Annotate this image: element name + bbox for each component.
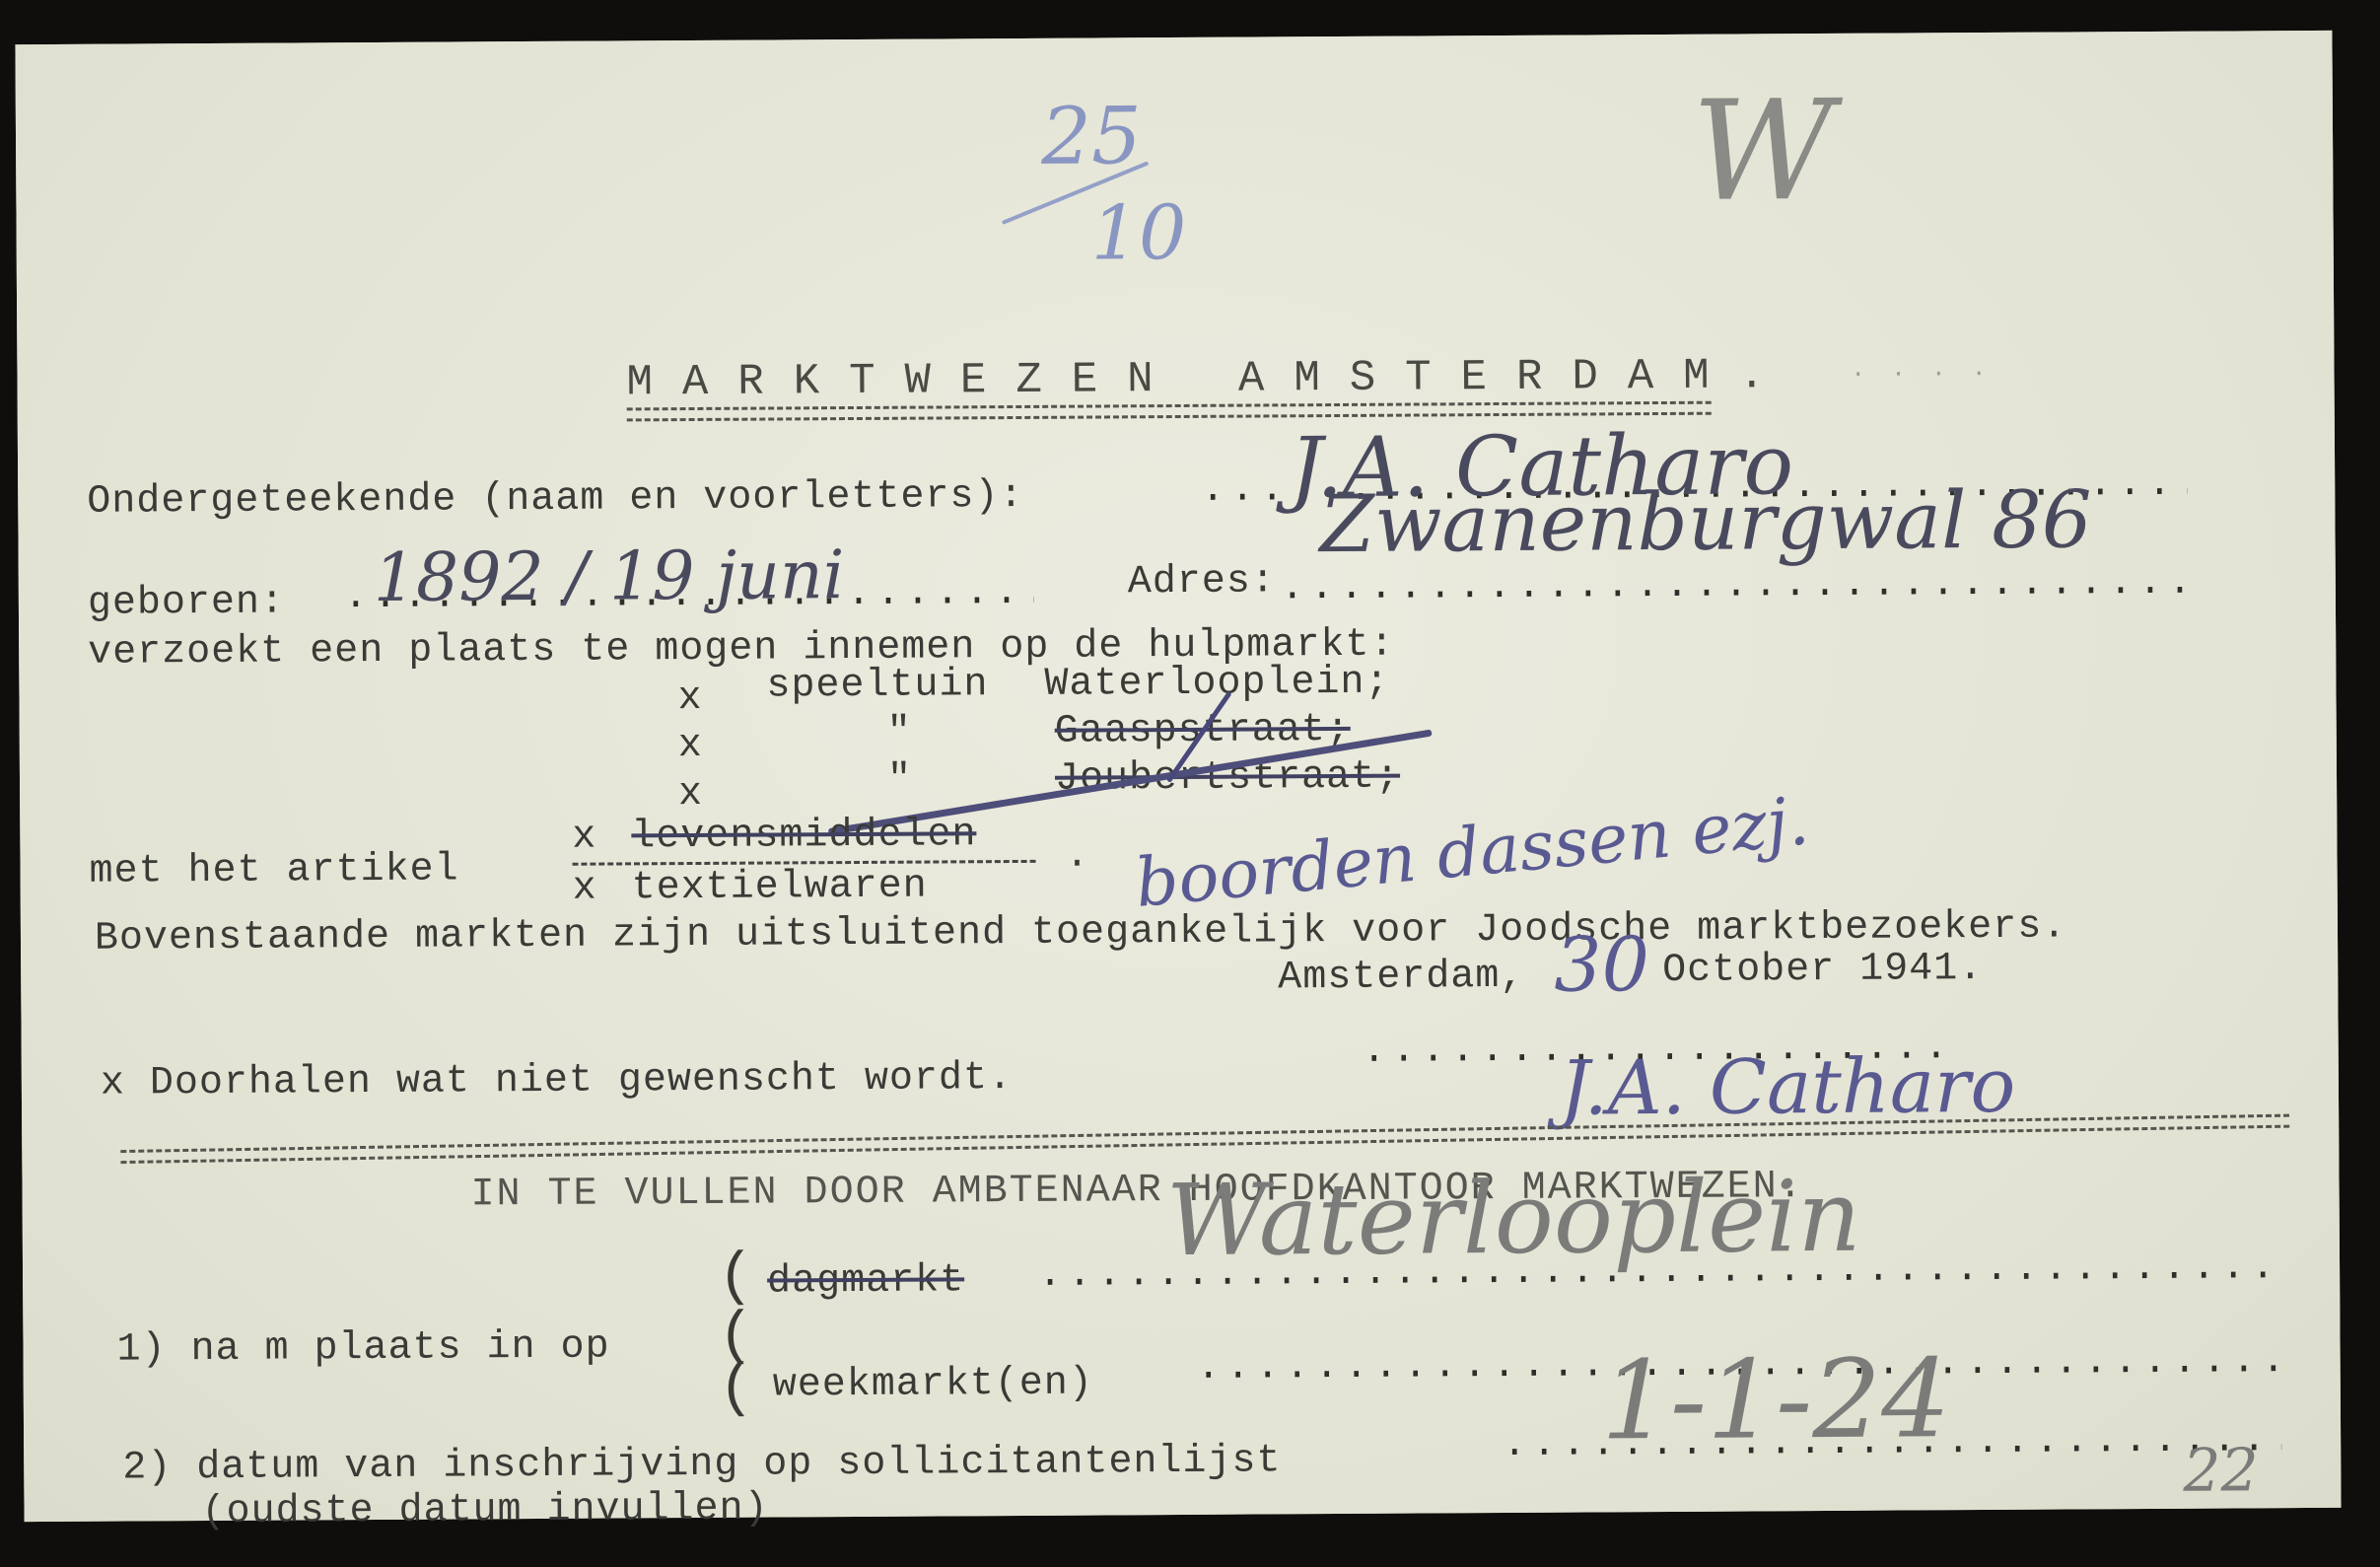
address-dotted-line: ........................................… bbox=[1281, 564, 2188, 609]
item2-sublabel: (oudste datum invullen) bbox=[201, 1490, 768, 1533]
article-marker-2[interactable]: x bbox=[573, 870, 597, 909]
item1-handwritten-value[interactable]: Waterlooplein bbox=[1165, 1168, 1860, 1270]
article-handwritten-note[interactable]: boorden dassen ezj. bbox=[1133, 788, 1812, 918]
article-label: met het artikel bbox=[89, 850, 458, 891]
footnote-text: x Doorhalen wat niet gewenscht wordt. bbox=[101, 1059, 1013, 1104]
born-label: geboren: bbox=[88, 584, 285, 624]
article-textielwaren: textielwaren bbox=[632, 868, 928, 909]
born-handwritten-value[interactable]: 1892 / 19 juni bbox=[374, 542, 845, 612]
applicant-signature[interactable]: J.A. Catharo bbox=[1560, 1048, 2016, 1126]
address-label: Adres: bbox=[1128, 562, 1276, 603]
page-number-note: 22 bbox=[2183, 1441, 2259, 1500]
option-weekmarkt: weekmarkt(en) bbox=[773, 1365, 1093, 1406]
document-title: MARKTWEZEN AMSTERDAM. bbox=[626, 354, 1794, 404]
name-label: Ondergeteekende (naam en voorletters): bbox=[87, 477, 1023, 523]
address-handwritten-value[interactable]: Zwanenburgwal 86 bbox=[1319, 480, 2092, 564]
market-marker-2[interactable]: x bbox=[678, 727, 703, 766]
fraction-top-note: 25 bbox=[1041, 97, 1142, 177]
brace-bottom: ( bbox=[719, 1360, 755, 1419]
corner-pencil-mark: W bbox=[1692, 83, 1835, 222]
faint-dots: . . . . bbox=[1851, 358, 1998, 383]
article-period: . bbox=[1065, 837, 1089, 877]
ditto-mark-3: " bbox=[887, 761, 912, 801]
option-dagmarkt: dagmarkt bbox=[767, 1261, 964, 1302]
article-marker-1[interactable]: x bbox=[572, 819, 596, 858]
place-date-prefix: Amsterdam, bbox=[1278, 958, 1524, 999]
place-date-rest: October 1941. bbox=[1662, 950, 1983, 991]
market-prefix-1: speeltuin bbox=[766, 666, 988, 706]
brace-top: ( bbox=[718, 1248, 754, 1308]
market-marker-3[interactable]: x bbox=[678, 775, 703, 815]
item1-label: 1) na m plaats in op bbox=[116, 1328, 609, 1371]
market-name-waterlooplein: Waterlooplein; bbox=[1044, 664, 1389, 705]
place-date-day[interactable]: 30 bbox=[1554, 927, 1649, 1003]
item2-label: 2) datum van inschrijving op sollicitant… bbox=[122, 1442, 1281, 1488]
document-paper: 25 10 W MARKTWEZEN AMSTERDAM. . . . . On… bbox=[15, 31, 2341, 1522]
fraction-bottom-note: 10 bbox=[1090, 195, 1186, 271]
section-divider bbox=[120, 1114, 2289, 1164]
ditto-mark-2: " bbox=[887, 714, 912, 753]
item2-handwritten-value[interactable]: 1-1-24 bbox=[1601, 1344, 1951, 1455]
article-levensmiddelen: levensmiddelen bbox=[631, 816, 976, 857]
market-marker-1[interactable]: x bbox=[677, 679, 702, 719]
